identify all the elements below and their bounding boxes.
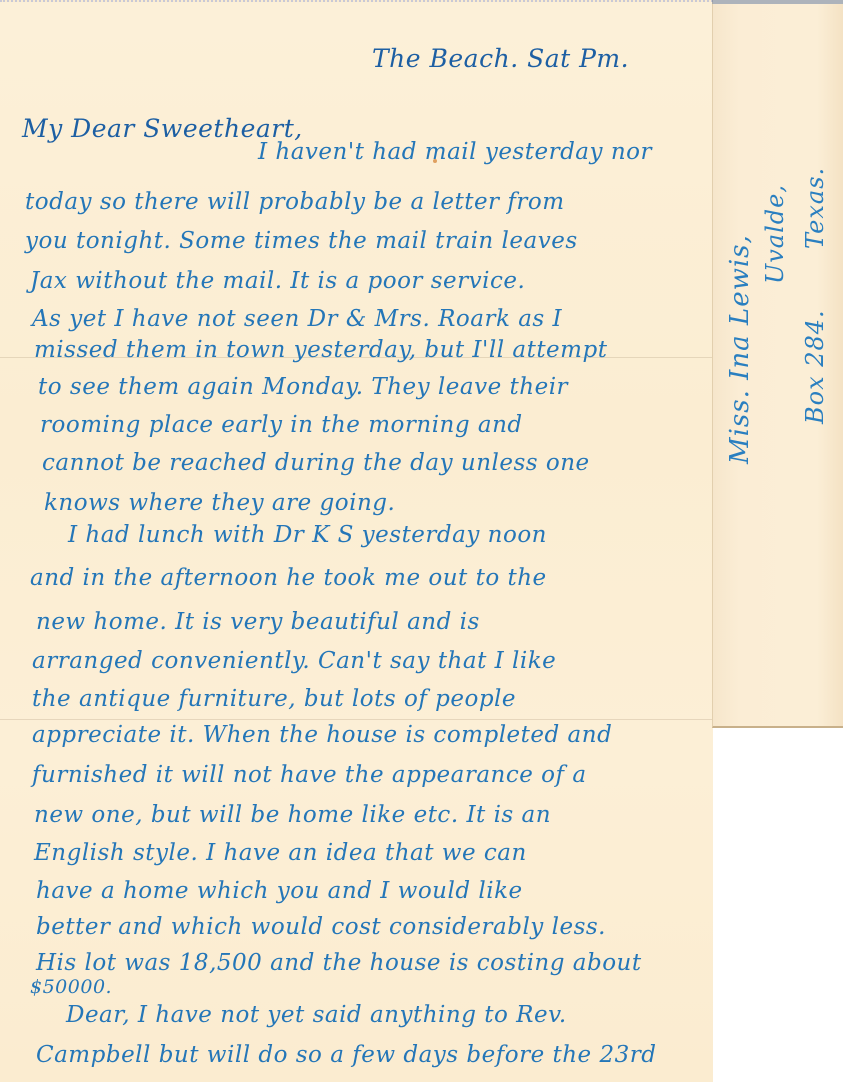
envelope-recipient: Miss. Ina Lewis,	[725, 234, 755, 464]
letter-line: cannot be reached during the day unless …	[42, 450, 590, 476]
envelope-box: Box 284.	[801, 309, 829, 424]
letter-line: Dear, I have not yet said anything to Re…	[66, 1002, 567, 1028]
letter-line: the antique furniture, but lots of peopl…	[32, 686, 516, 712]
letter-line: arranged conveniently. Can't say that I …	[32, 648, 556, 674]
letter-line: I haven't had mail yesterday nor	[258, 139, 652, 165]
letter-line: English style. I have an idea that we ca…	[34, 840, 527, 866]
letter-line: rooming place early in the morning and	[40, 412, 523, 438]
letter-line: new home. It is very beautiful and is	[36, 609, 480, 635]
letter-line: furnished it will not have the appearanc…	[32, 762, 587, 788]
letter-page: The Beach. Sat Pm. My Dear Sweetheart, I…	[0, 0, 713, 1082]
letter-line: knows where they are going.	[44, 490, 395, 516]
letter-line: appreciate it. When the house is complet…	[32, 722, 612, 748]
letter-line: you tonight. Some times the mail train l…	[25, 228, 578, 254]
letter-line: His lot was 18,500 and the house is cost…	[36, 950, 642, 976]
letter-line: Campbell but will do so a few days befor…	[36, 1042, 656, 1068]
letter-heading: The Beach. Sat Pm.	[372, 44, 629, 73]
letter-line: today so there will probably be a letter…	[25, 189, 565, 215]
letter-line: I had lunch with Dr K S yesterday noon	[68, 522, 547, 548]
fold-line	[0, 719, 713, 720]
letter-line: Jax without the mail. It is a poor servi…	[30, 268, 525, 294]
envelope-city: Uvalde,	[761, 184, 789, 284]
letter-line: As yet I have not seen Dr & Mrs. Roark a…	[32, 306, 562, 332]
envelope-state: Texas.	[801, 167, 829, 249]
letter-line: $50000.	[30, 976, 112, 998]
letter-line: new one, but will be home like etc. It i…	[34, 802, 551, 828]
letter-line: missed them in town yesterday, but I'll …	[34, 337, 607, 363]
letter-line: to see them again Monday. They leave the…	[38, 374, 568, 400]
letter-line: have a home which you and I would like	[36, 878, 523, 904]
envelope: Miss. Ina Lewis, Uvalde, Texas. Box 284.	[712, 4, 843, 728]
letter-line: and in the afternoon he took me out to t…	[30, 565, 547, 591]
letter-line: better and which would cost considerably…	[36, 914, 606, 940]
